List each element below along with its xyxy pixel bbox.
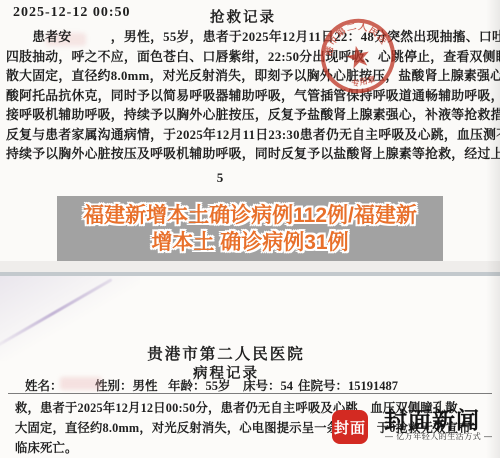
record-line: 患者安 ，男性，55岁，患者于2025年12月11日22：48分突然出现抽搐、口… — [6, 28, 482, 48]
headline-line1: 福建新增本土确诊病例112例/福建新 — [83, 202, 417, 229]
news-screenshot: 2025-12-12 00:50 抢救记录 患者安 ，男性，55岁，患者于202… — [0, 0, 500, 458]
name-redaction — [60, 377, 102, 390]
record-title: 抢救记录 — [0, 6, 486, 27]
field-admission-no-label: 住院号： — [298, 379, 348, 393]
field-sex: 性别：男性 — [95, 376, 158, 394]
record-line: 酸阿托品抗休克，同时予以简易呼吸器辅助呼吸，气管插管保持呼吸道通畅辅助呼吸，后连 — [6, 87, 482, 107]
progress-line-main: 临床死亡。 — [15, 438, 78, 458]
field-name: 姓名： — [25, 376, 63, 394]
photo-gap — [0, 261, 500, 272]
record-line: 接呼吸机辅助呼吸，持续予以胸外心脏按压，反复予盐酸肾上腺素强心，补液等抢救措施， — [6, 106, 482, 126]
hospital-red-stamp-icon: 贵港市第二人民医院 专用章 — [311, 9, 406, 104]
field-admission-no: 住院号：15191487 — [298, 376, 398, 394]
record-line: 散大固定，直径约8.0mm，对光反射消失，即刻予以胸外心脏按压，盐酸肾上腺素强心… — [6, 67, 482, 87]
headline-line2: 增本土 确诊病例31例 — [151, 229, 348, 256]
covernews-watermark: 封面 封面新闻 — 亿万年轻人的生活方式 — — [330, 402, 498, 454]
field-bed: 床号：54 — [243, 376, 293, 394]
record-line: 反复与患者家属沟通病情，于2025年12月11日23:30患者仍无自主呼吸及心跳… — [6, 126, 482, 146]
star-icon — [345, 43, 372, 69]
field-admission-no-value: 15191487 — [348, 379, 398, 393]
covernews-tagline: — 亿万年轻人的生活方式 — — [385, 431, 492, 442]
field-name-label: 姓名： — [25, 379, 63, 393]
record-body: 患者安 ，男性，55岁，患者于2025年12月11日22：48分突然出现抽搐、口… — [6, 28, 482, 165]
headline-banner: 福建新增本土确诊病例112例/福建新 增本土 确诊病例31例 — [57, 196, 443, 261]
field-age: 年龄：55岁 — [168, 376, 231, 394]
field-age-value: 55岁 — [206, 379, 231, 393]
field-bed-label: 床号： — [243, 379, 281, 393]
record-line: 持续予以胸外心脏按压及呼吸机辅助呼吸，同时反复予以盐酸肾上腺素等抢救，经过上述抢 — [6, 145, 482, 165]
page-number: 5 — [0, 170, 440, 186]
covernews-logo-icon: 封面 — [332, 410, 368, 444]
fields-underline — [8, 393, 492, 394]
hospital-name: 贵港市第二人民医院 — [0, 342, 452, 364]
record-line: 四肢抽动，呼之不应，面色苍白、口唇紫绀，22:50分出现呼吸、心跳停止，查看双侧… — [6, 48, 482, 68]
field-bed-value: 54 — [281, 379, 294, 393]
field-sex-value: 男性 — [133, 379, 158, 393]
field-age-label: 年龄： — [168, 379, 206, 393]
